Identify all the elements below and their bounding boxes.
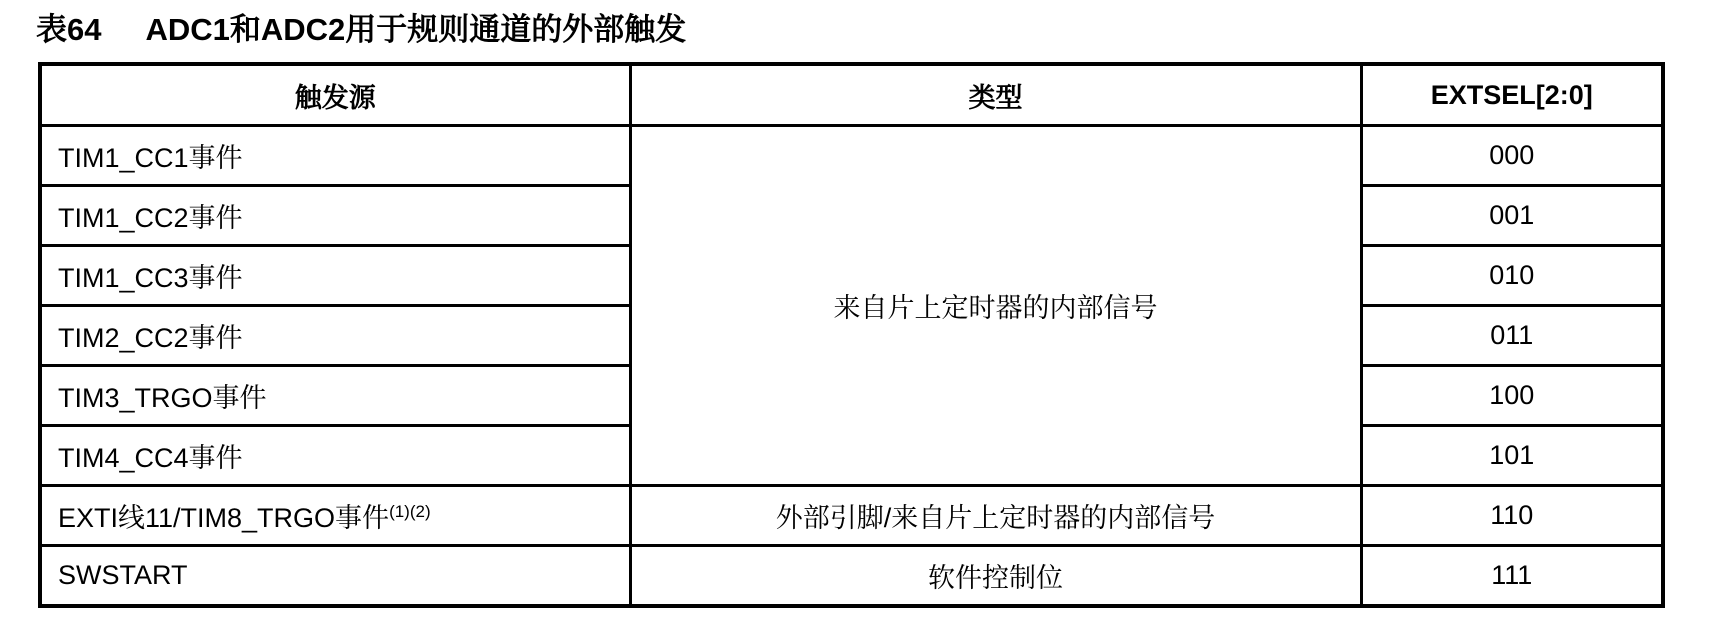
cell-trigger-source: TIM2_CC2事件 — [40, 306, 630, 366]
cell-trigger-source: TIM4_CC4事件 — [40, 426, 630, 486]
cell-type-external: 外部引脚/来自片上定时器的内部信号 — [630, 486, 1361, 546]
table-row: SWSTART 软件控制位 111 — [40, 546, 1663, 607]
cell-extsel: 001 — [1361, 186, 1663, 246]
cell-extsel: 100 — [1361, 366, 1663, 426]
cell-trigger-source: TIM3_TRGO事件 — [40, 366, 630, 426]
document-page: 表64ADC1和ADC2用于规则通道的外部触发 触发源 类型 EXTSEL[2:… — [0, 0, 1710, 618]
cell-type-software: 软件控制位 — [630, 546, 1361, 607]
trigger-source-text: TIM3_TRGO事件 — [58, 383, 267, 413]
trigger-source-text: EXTI线11/TIM8_TRGO事件 — [58, 503, 389, 533]
cell-trigger-source: EXTI线11/TIM8_TRGO事件(1)(2) — [40, 486, 630, 546]
cell-extsel: 111 — [1361, 546, 1663, 607]
table-row: EXTI线11/TIM8_TRGO事件(1)(2) 外部引脚/来自片上定时器的内… — [40, 486, 1663, 546]
table-caption-number: 表64 — [36, 12, 101, 47]
cell-trigger-source: TIM1_CC3事件 — [40, 246, 630, 306]
table-caption: 表64ADC1和ADC2用于规则通道的外部触发 — [36, 4, 686, 49]
cell-type-internal-merged: 来自片上定时器的内部信号 — [630, 126, 1361, 486]
cell-extsel: 000 — [1361, 126, 1663, 186]
cell-trigger-source: SWSTART — [40, 546, 630, 607]
trigger-source-text: TIM1_CC3事件 — [58, 263, 243, 293]
cell-trigger-source: TIM1_CC1事件 — [40, 126, 630, 186]
cell-extsel: 110 — [1361, 486, 1663, 546]
cell-trigger-source: TIM1_CC2事件 — [40, 186, 630, 246]
column-header-trigger-source: 触发源 — [40, 64, 630, 126]
table-caption-title: ADC1和ADC2用于规则通道的外部触发 — [145, 12, 686, 47]
footnote-reference: (1)(2) — [389, 502, 431, 521]
trigger-source-text: SWSTART — [58, 560, 188, 590]
table-row: TIM1_CC1事件 来自片上定时器的内部信号 000 — [40, 126, 1663, 186]
header-row: 触发源 类型 EXTSEL[2:0] — [40, 64, 1663, 126]
trigger-source-text: TIM2_CC2事件 — [58, 323, 243, 353]
cell-extsel: 011 — [1361, 306, 1663, 366]
external-trigger-table: 触发源 类型 EXTSEL[2:0] TIM1_CC1事件 来自片上定时器的内部… — [38, 62, 1665, 608]
trigger-source-text: TIM1_CC1事件 — [58, 143, 243, 173]
column-header-extsel: EXTSEL[2:0] — [1361, 64, 1663, 126]
cell-extsel: 010 — [1361, 246, 1663, 306]
trigger-source-text: TIM4_CC4事件 — [58, 443, 243, 473]
trigger-source-text: TIM1_CC2事件 — [58, 203, 243, 233]
column-header-type: 类型 — [630, 64, 1361, 126]
cell-extsel: 101 — [1361, 426, 1663, 486]
